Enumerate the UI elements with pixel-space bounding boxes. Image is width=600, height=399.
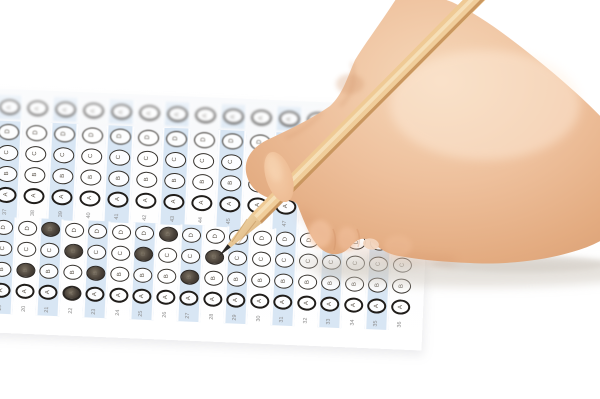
pencil-graphite-tip	[219, 244, 231, 256]
hand-and-pencil-layer	[0, 0, 600, 399]
photo-scene: AAAAAAAAAAAAAAA DCBA37DCBA38DCBA39DCBA40…	[0, 0, 600, 399]
hand	[246, 0, 600, 264]
pencil-cone	[228, 213, 262, 247]
